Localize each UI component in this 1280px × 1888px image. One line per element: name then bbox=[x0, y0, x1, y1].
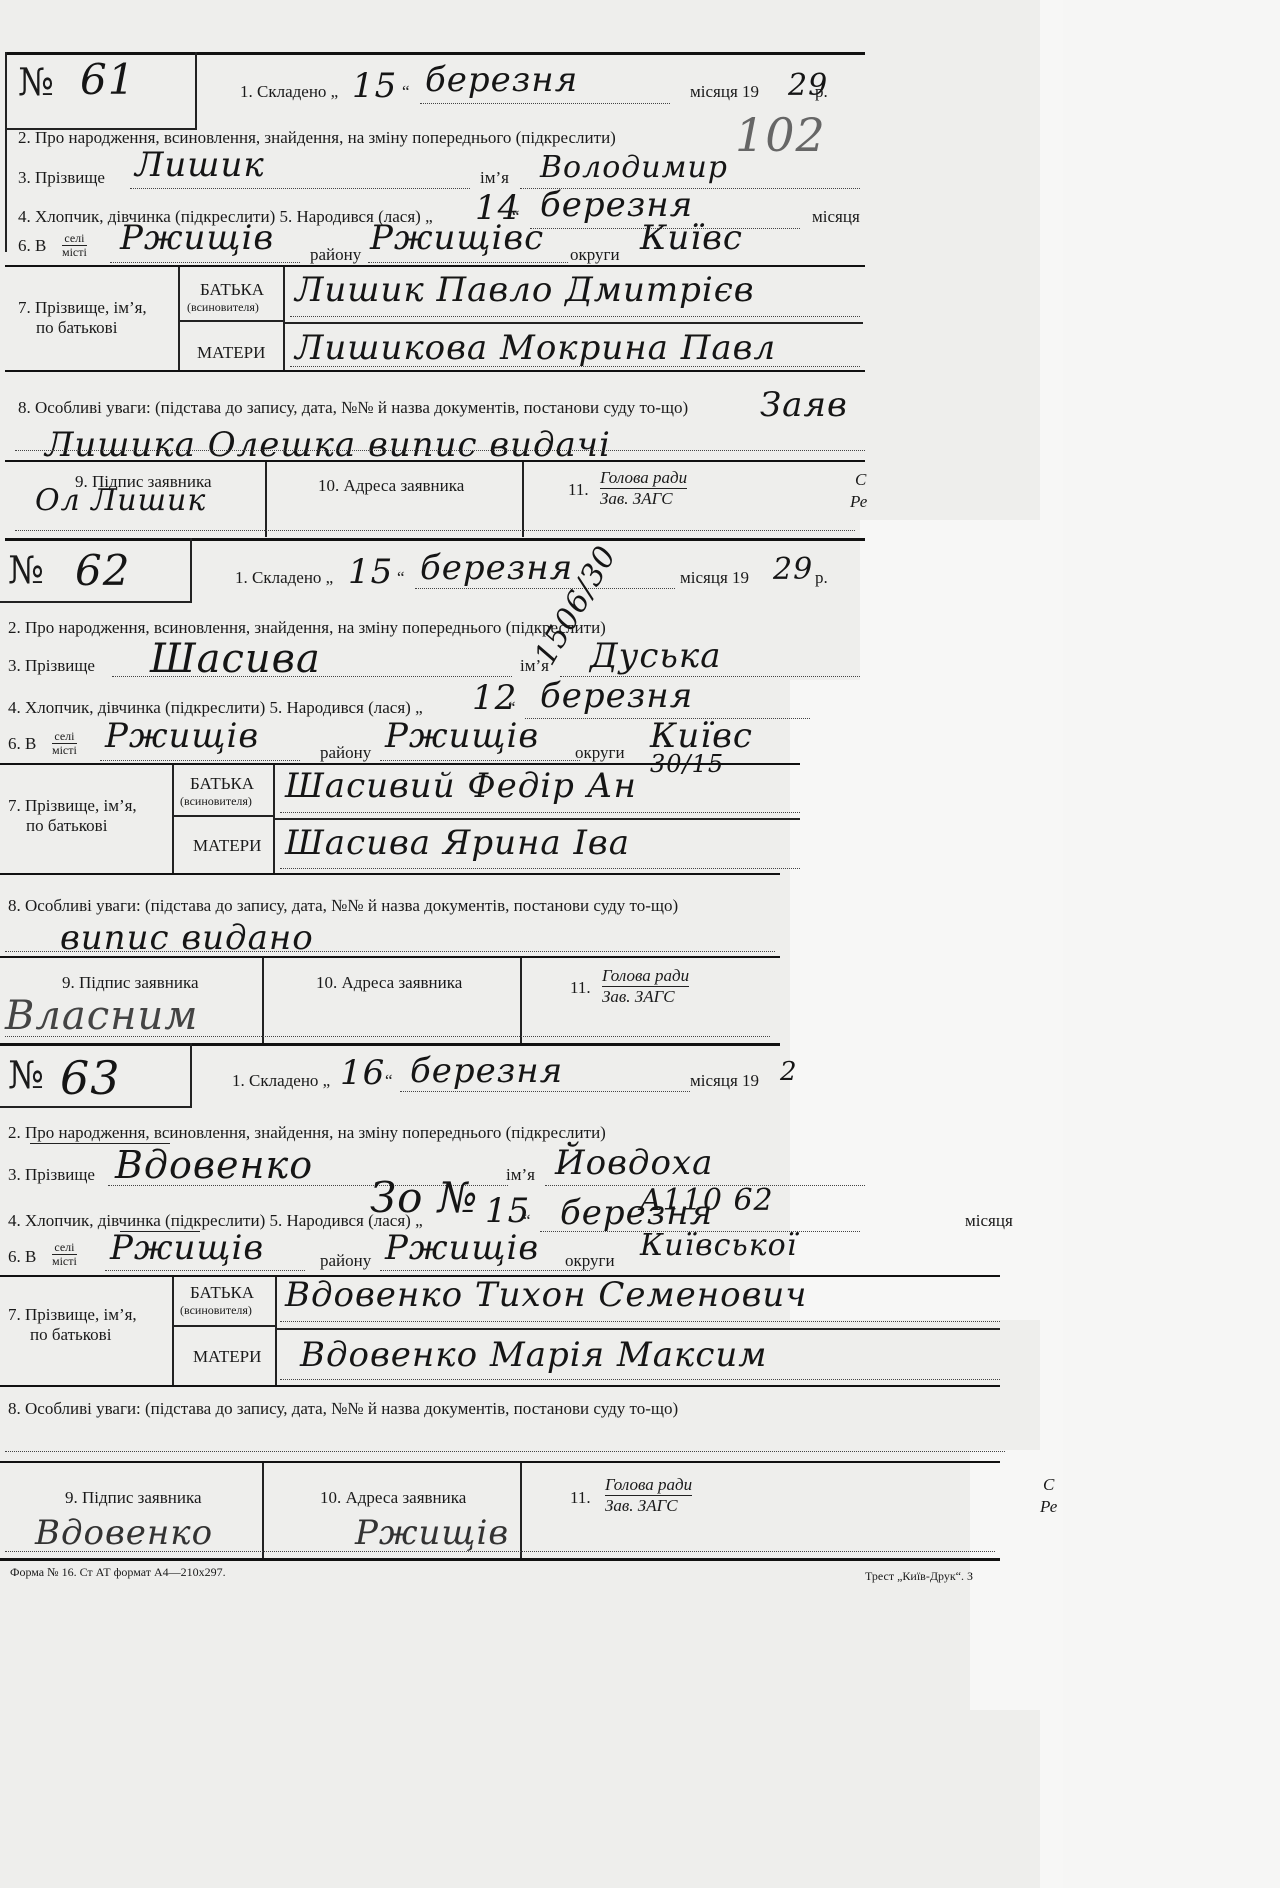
given-name-value: Дуська bbox=[590, 636, 722, 676]
parents-label-2: по батькові bbox=[26, 816, 107, 836]
adopter-label: (всиновителя) bbox=[180, 1303, 252, 1318]
margin-note-2: A110 62 bbox=[640, 1183, 774, 1218]
background bbox=[1063, 0, 1280, 1888]
record-number: 63 bbox=[60, 1051, 121, 1105]
name-label: ім’я bbox=[480, 168, 509, 188]
given-name-value: Володимир bbox=[540, 150, 728, 185]
okrug-label: округи bbox=[575, 743, 625, 763]
father-value: Вдовенко Тихон Семенович bbox=[285, 1275, 807, 1315]
head-number: 11. bbox=[570, 1488, 591, 1508]
applicant-signature-value: Вдовенко bbox=[35, 1513, 213, 1553]
drawn-up-label: 1. Складено „ bbox=[235, 568, 333, 588]
village-value: Ржищів bbox=[105, 716, 259, 756]
village-value: Ржищів bbox=[120, 218, 274, 258]
adopter-label: (всиновителя) bbox=[180, 794, 252, 809]
mother-label: МАТЕРИ bbox=[193, 1347, 261, 1367]
surname-label: 3. Прізвище bbox=[18, 168, 105, 188]
year-suffix: р. bbox=[815, 568, 828, 588]
applicant-signature-label: 9. Підпис заявника bbox=[62, 973, 199, 993]
drawn-year: 29 bbox=[773, 552, 813, 587]
footer-form-info: Форма № 16. Ст АТ формат А4—210х297. bbox=[10, 1565, 226, 1580]
applicant-address-label: 10. Адреса заявника bbox=[320, 1488, 466, 1508]
remarks-line-1: Заяв bbox=[760, 385, 848, 425]
drawn-day: 16 bbox=[340, 1053, 385, 1093]
surname-label: 3. Прізвище bbox=[8, 1165, 95, 1185]
place-label: 6. В bbox=[8, 1247, 36, 1267]
district-label: району bbox=[320, 1251, 371, 1271]
number-sign: № bbox=[18, 60, 54, 104]
quote-mark: “ bbox=[397, 568, 405, 588]
applicant-signature-value: Ол Лишик bbox=[35, 483, 206, 518]
mother-label: МАТЕРИ bbox=[197, 343, 265, 363]
applicant-address-label: 10. Адреса заявника bbox=[318, 476, 464, 496]
remarks-label: 8. Особливі уваги: (підстава до запису, … bbox=[8, 1399, 678, 1419]
father-label: БАТЬКА bbox=[190, 774, 254, 794]
district-label: району bbox=[320, 743, 371, 763]
month-label: місяця bbox=[812, 207, 860, 227]
year-suffix: р. bbox=[815, 82, 828, 102]
given-name-value: Йовдоха bbox=[555, 1143, 713, 1183]
parents-label: 7. Прізвище, ім’я, bbox=[8, 796, 137, 816]
sex-birth-label: 4. Хлопчик, дівчинка (підкреслити) 5. На… bbox=[8, 698, 423, 718]
mother-value: Лишикова Мокрина Павл bbox=[295, 328, 776, 368]
footer-printer: Трест „Київ-Друк“. З bbox=[865, 1569, 973, 1584]
remarks-line-2: Лишика Олешка випис видачі bbox=[45, 425, 611, 465]
about-label: 2. Про народження, всиновлення, знайденн… bbox=[18, 128, 616, 148]
district-label: району bbox=[310, 245, 361, 265]
mother-value: Вдовенко Марія Максим bbox=[300, 1335, 767, 1375]
drawn-month: березня bbox=[410, 1051, 563, 1091]
month-label: місяця bbox=[965, 1211, 1013, 1231]
number-sign: № bbox=[8, 1053, 44, 1097]
secretary-label-2: Ре bbox=[850, 492, 867, 512]
surname-value: Вдовенко bbox=[115, 1143, 313, 1187]
applicant-signature-value: Власним bbox=[5, 993, 198, 1039]
okrug-label: округи bbox=[565, 1251, 615, 1271]
record-number: 62 bbox=[75, 546, 130, 595]
parents-label: 7. Прізвище, ім’я, bbox=[18, 298, 147, 318]
parents-label-2: по батькові bbox=[36, 318, 117, 338]
record-62: № 62 1. Складено „ 15 “ березня місяця 1… bbox=[0, 538, 1063, 1043]
father-value: Шасивий Федір Ан bbox=[285, 766, 637, 806]
secretary-label: С bbox=[855, 470, 866, 490]
village-town-fraction: селімісті bbox=[52, 1241, 77, 1268]
about-label: 2. Про народження, всиновлення, знайденн… bbox=[8, 1123, 606, 1143]
head-number: 11. bbox=[568, 480, 589, 500]
head-title: Голова радиЗав. ЗАГС bbox=[605, 1475, 692, 1516]
number-sign: № bbox=[8, 548, 44, 592]
remarks-label: 8. Особливі уваги: (підстава до запису, … bbox=[18, 398, 688, 418]
drawn-month: березня bbox=[420, 548, 573, 588]
district-value: Ржищівс bbox=[370, 218, 544, 258]
okrug-value: Київс bbox=[640, 218, 743, 258]
name-label: ім’я bbox=[520, 656, 549, 676]
name-label: ім’я bbox=[506, 1165, 535, 1185]
father-note: 30/15 bbox=[650, 750, 724, 778]
month-year-label: місяця 19 bbox=[690, 1071, 759, 1091]
record-number: 61 bbox=[80, 55, 135, 104]
mother-value: Шасива Ярина Іва bbox=[285, 823, 630, 863]
drawn-day: 15 bbox=[352, 66, 397, 106]
remarks-label: 8. Особливі уваги: (підстава до запису, … bbox=[8, 896, 678, 916]
secretary-label: С bbox=[1043, 1475, 1054, 1495]
record-61: № 61 1. Складено „ 15 “ березня місяця 1… bbox=[0, 0, 1063, 540]
village-value: Ржищів bbox=[110, 1228, 264, 1268]
father-label: БАТЬКА bbox=[200, 280, 264, 300]
birth-month: березня bbox=[540, 676, 693, 716]
secretary-label-2: Ре bbox=[1040, 1497, 1057, 1517]
place-label: 6. В bbox=[8, 734, 36, 754]
head-title: Голова радиЗав. ЗАГС bbox=[600, 468, 687, 509]
drawn-day: 15 bbox=[348, 552, 393, 592]
applicant-signature-label: 9. Підпис заявника bbox=[65, 1488, 202, 1508]
surname-value: Шасива bbox=[150, 636, 321, 682]
quote-mark: “ bbox=[385, 1071, 393, 1091]
village-town-fraction: селімісті bbox=[52, 730, 77, 757]
applicant-address-label: 10. Адреса заявника bbox=[316, 973, 462, 993]
head-title: Голова радиЗав. ЗАГС bbox=[602, 966, 689, 1007]
month-year-label: місяця 19 bbox=[680, 568, 749, 588]
mother-label: МАТЕРИ bbox=[193, 836, 261, 856]
district-value: Ржищів bbox=[385, 716, 539, 756]
quote-mark: “ bbox=[508, 698, 516, 718]
okrug-label: округи bbox=[570, 245, 620, 265]
applicant-address-value: Ржищів bbox=[355, 1513, 509, 1553]
record-63: № 63 1. Складено „ 16 “ березня місяця 1… bbox=[0, 1043, 1063, 1888]
father-value: Лишик Павло Дмитрієв bbox=[295, 270, 755, 310]
drawn-year: 2 bbox=[780, 1057, 798, 1087]
remarks-line-2: випис видано bbox=[60, 918, 314, 958]
surname-value: Лишик bbox=[135, 145, 265, 185]
about-label: 2. Про народження, всиновлення, знайденн… bbox=[8, 618, 606, 638]
adopter-label: (всиновителя) bbox=[187, 300, 259, 315]
quote-mark: “ bbox=[402, 82, 410, 102]
village-town-fraction: селімісті bbox=[62, 232, 87, 259]
head-number: 11. bbox=[570, 978, 591, 998]
okrug-value: Київської bbox=[640, 1228, 797, 1263]
drawn-up-label: 1. Складено „ bbox=[232, 1071, 330, 1091]
father-label: БАТЬКА bbox=[190, 1283, 254, 1303]
surname-label: 3. Прізвище bbox=[8, 656, 95, 676]
drawn-up-label: 1. Складено „ bbox=[240, 82, 338, 102]
drawn-month: березня bbox=[425, 60, 578, 100]
month-year-label: місяця 19 bbox=[690, 82, 759, 102]
district-value: Ржищів bbox=[385, 1228, 539, 1268]
place-label: 6. В bbox=[18, 236, 46, 256]
parents-label-2: по батькові bbox=[30, 1325, 111, 1345]
parents-label: 7. Прізвище, ім’я, bbox=[8, 1305, 137, 1325]
